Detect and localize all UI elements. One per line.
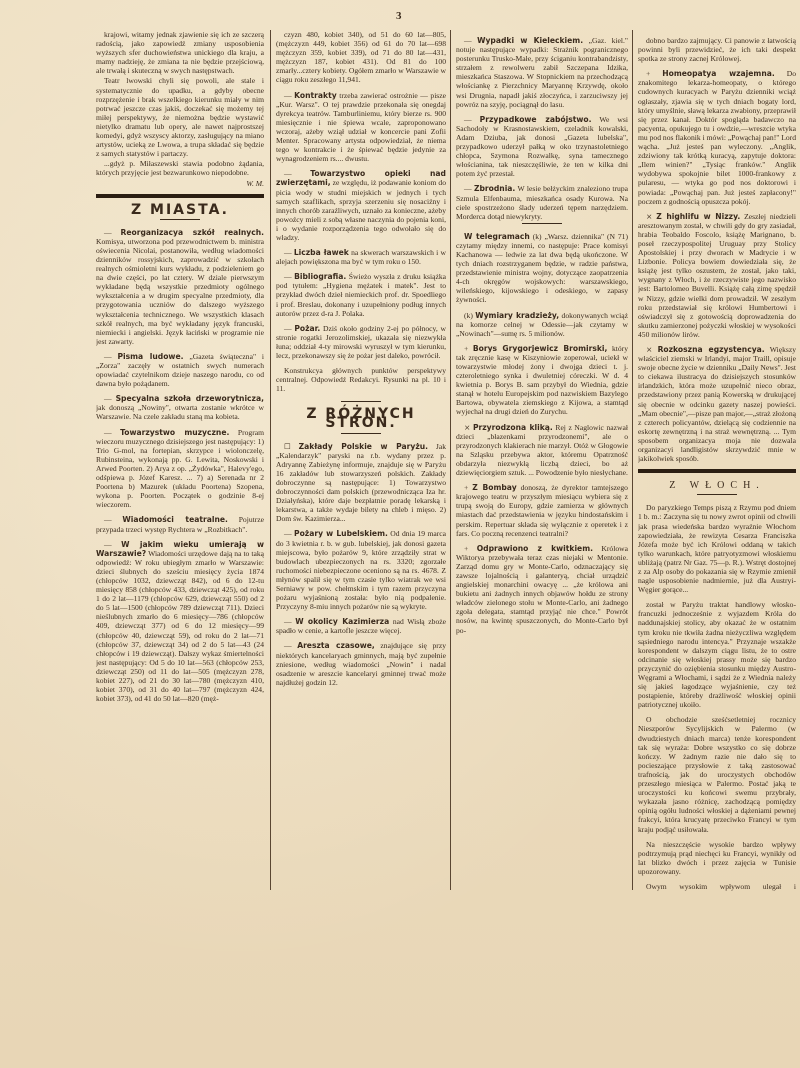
news-item: — Areszta czasowe, znajdujące się przy n… <box>276 641 446 686</box>
item-headline: Specyalna szkoła drzeworytnicza, <box>116 394 264 403</box>
news-item: — W jakim wieku umierają w Warszawie? Wi… <box>96 540 264 704</box>
section-title-z-roznych-stron: Z RÓŻNYCH STRON. <box>276 410 446 428</box>
item-text: ze względu, iż podawanie koniom do picia… <box>276 178 446 242</box>
column-3: — Wypadki w Kieleckiem. „Gaz. kiel." not… <box>456 30 628 892</box>
news-item: — Zbrodnia. W lesie bełżyckim znaleziono… <box>456 184 628 220</box>
item-headline: Rozkoszna egzystencya. <box>658 345 765 354</box>
item-text: Program wieczoru muzycznego dzisiejszego… <box>96 428 264 510</box>
item-headline: Borys Grygorjewicz Bromirski, <box>473 344 608 353</box>
item-headline: Kontrakty <box>294 91 337 100</box>
item-headline: Zakłady Polskie w Paryżu. <box>299 442 428 451</box>
page-number: 3 <box>396 10 402 22</box>
news-item: + Homeopatya wzajemna. Do znakomitego le… <box>638 69 796 205</box>
short-divider <box>697 494 737 495</box>
item-text: O obchodzie sześćsetletniej rocznicy Nie… <box>638 715 796 833</box>
column-divider <box>270 30 271 890</box>
short-divider <box>160 219 200 220</box>
item-text: Komisya, utworzona pod przewodnictwem b.… <box>96 237 264 346</box>
news-item: — Reorganizacya szkół realnych. Komisya,… <box>96 228 264 346</box>
section-divider <box>96 194 264 198</box>
item-text: który tak zręcznie kasę w Kiszyniowie zo… <box>456 344 628 417</box>
news-item: ⨯ Z highlifu w Nizzy. Zeszłej niedzieli … <box>638 212 796 339</box>
article-text: krajowi, witamy jednak zjawienie się ich… <box>96 30 264 75</box>
item-headline: Pisma ludowe. <box>117 352 183 361</box>
news-item: został w Paryżu traktat handlowy włosko-… <box>638 600 796 709</box>
news-item: — W okolicy Kazimierza nad Wisłą zboże s… <box>276 617 446 635</box>
column-4: dobno bardzo zajmujący. Ci panowie z łat… <box>638 30 796 892</box>
item-text: dobno bardzo zajmujący. Ci panowie z łat… <box>638 36 796 63</box>
item-headline: Pożary w Lubelskiem. <box>294 529 388 538</box>
news-item: — Towarzystwo muzyczne. Program wieczoru… <box>96 428 264 510</box>
column-2: czyzn 480, kobiet 340), od 51 do 60 lat—… <box>276 30 446 892</box>
item-headline: Odprawiono z kwitkiem. <box>477 544 593 553</box>
news-item: ⨯ Przyrodzona kliką. Rej z Naglowic nazw… <box>456 423 628 478</box>
news-item: — Przypadkowe zabójstwo. We wsi Sachodoł… <box>456 115 628 179</box>
news-item: O obchodzie sześćsetletniej rocznicy Nie… <box>638 715 796 833</box>
item-headline: Z Bombay <box>472 483 516 492</box>
item-headline: W telegramach <box>464 232 530 241</box>
article-text: ...gdyż p. Miłaszewski stawia podobno żą… <box>96 159 264 177</box>
item-text: Do znakomitego lekarza-homeopaty, o któr… <box>638 69 796 205</box>
item-headline: Bibliografia. <box>294 272 346 281</box>
section-title-z-wloch: Z WŁOCH. <box>638 481 796 490</box>
item-headline: Wypadki w Kieleckiem. <box>477 36 583 45</box>
news-item: (k) Wymiary kradzieży, dokonywanych wcią… <box>456 311 628 338</box>
item-headline: Wymiary kradzieży, <box>475 311 559 320</box>
item-headline: Zbrodnia. <box>474 184 515 193</box>
item-text: Owym wysokim wpływom ulegał i reprezenta… <box>638 882 796 892</box>
item-text: Rej z Naglowic nazwał dzieci „błazenkami… <box>456 423 628 477</box>
section-divider <box>638 469 796 473</box>
item-headline: Towarzystwo muzyczne. <box>120 428 229 437</box>
news-item: — Specyalna szkoła drzeworytnicza, jak d… <box>96 394 264 421</box>
item-text: Konstrukcya głównych punktów perspektywy… <box>276 366 446 393</box>
item-headline: Homeopatya wzajemna. <box>662 69 774 78</box>
item-text: „Gaz. kiel." notuje następujące wypadki:… <box>456 36 628 109</box>
news-item: ⨯ Rozkoszna egzystencya. Większy właścic… <box>638 345 796 463</box>
news-item: + Odprawiono z kwitkiem. Królowa Wiktory… <box>456 544 628 635</box>
news-item: dobno bardzo zajmujący. Ci panowie z łat… <box>638 36 796 63</box>
news-item: — Wypadki w Kieleckiem. „Gaz. kiel." not… <box>456 36 628 109</box>
item-headline: Pożar. <box>294 324 320 333</box>
item-headline: Przypadkowe zabójstwo. <box>480 115 592 124</box>
news-item: W telegramach (k) „Warsz. dziennika" (N … <box>456 232 628 305</box>
column-divider <box>450 30 451 890</box>
item-text: Większy właściciel ziemski w Irlandyi, m… <box>638 345 796 463</box>
item-headline: Wiadomości teatralne. <box>122 515 228 524</box>
item-text: jak donoszą „Nowiny", otwarta zostanie w… <box>96 403 264 421</box>
short-divider <box>341 401 381 402</box>
news-item: — Liczba ławek na skwerach warszawskich … <box>276 248 446 266</box>
news-item: — Pożary w Lubelskiem. Od dnia 19 marca … <box>276 529 446 611</box>
article-text: czyzn 480, kobiet 340), od 51 do 60 lat—… <box>276 30 446 85</box>
column-1: krajowi, witamy jednak zjawienie się ich… <box>96 30 264 892</box>
item-text: Jak „Kalendarzyk" paryski na r.b. wydany… <box>276 442 446 524</box>
news-item: + Z Bombay donoszą, że dyrektor tamtejsz… <box>456 483 628 538</box>
item-headline: Przyrodzona kliką. <box>473 423 553 432</box>
news-item: — Kontrakty trzeba zawierać ostrożnie — … <box>276 91 446 164</box>
item-headline: Reorganizacya szkół realnych. <box>120 228 264 237</box>
item-headline: Areszta czasowe, <box>297 641 375 650</box>
item-text: został w Paryżu traktat handlowy włosko-… <box>638 600 796 709</box>
item-headline: Z highlifu w Nizzy. <box>656 212 740 221</box>
news-item: — Towarzystwo opieki nad zwierzętami, ze… <box>276 169 446 242</box>
item-text: Od dnia 19 marca do 3 kwietnia r. b. w g… <box>276 529 446 611</box>
article-text: Teatr lwowski chyli się powoli, ale stal… <box>96 76 264 158</box>
item-text: donoszą, że dyrektor tamtejszego krajowe… <box>456 483 628 537</box>
news-item: — Wiadomości teatralne. Pojutrze przypad… <box>96 515 264 533</box>
short-divider <box>522 223 562 224</box>
item-headline: Liczba ławek <box>294 248 349 257</box>
item-text: Wiadomości urzędowe dają na to taką odpo… <box>96 549 264 704</box>
item-headline: W okolicy Kazimierza <box>295 617 389 626</box>
news-item: — Pisma ludowe. „Gazeta świąteczna" i „Z… <box>96 352 264 388</box>
news-item: Owym wysokim wpływom ulegał i reprezenta… <box>638 882 796 892</box>
news-item: — Pożar. Dziś około godziny 2-ej po półn… <box>276 324 446 360</box>
column-divider <box>632 30 633 890</box>
item-text: Królowa Wiktorya przebywała teraz czas n… <box>456 544 628 635</box>
short-divider <box>341 433 381 434</box>
item-text: trzeba zawierać ostrożnie — pisze „Kur. … <box>276 91 446 164</box>
item-text: We wsi Sachodoły w Krasnostawskiem, czel… <box>456 115 628 179</box>
item-text: (k) „Warsz. dziennika" (N 71) czytamy mi… <box>456 232 628 305</box>
news-item: ☐ Zakłady Polskie w Paryżu. Jak „Kalenda… <box>276 442 446 524</box>
item-text: Zeszłej niedzieli aresztowanym został, w… <box>638 212 796 339</box>
item-text: Na nieszczęście wysokie bardzo wpływy po… <box>638 840 796 876</box>
news-item: Konstrukcya głównych punktów perspektywy… <box>276 366 446 393</box>
news-item: — Bibliografia. Świeżo wyszła z druku ks… <box>276 272 446 317</box>
section-title-z-miasta: Z MIASTA. <box>96 206 264 215</box>
news-item: Na nieszczęście wysokie bardzo wpływy po… <box>638 840 796 876</box>
article-text: Do paryzkiego Temps piszą z Rzymu pod dn… <box>638 503 796 594</box>
news-item: + Borys Grygorjewicz Bromirski, który ta… <box>456 344 628 417</box>
signature: W. M. <box>96 179 264 188</box>
